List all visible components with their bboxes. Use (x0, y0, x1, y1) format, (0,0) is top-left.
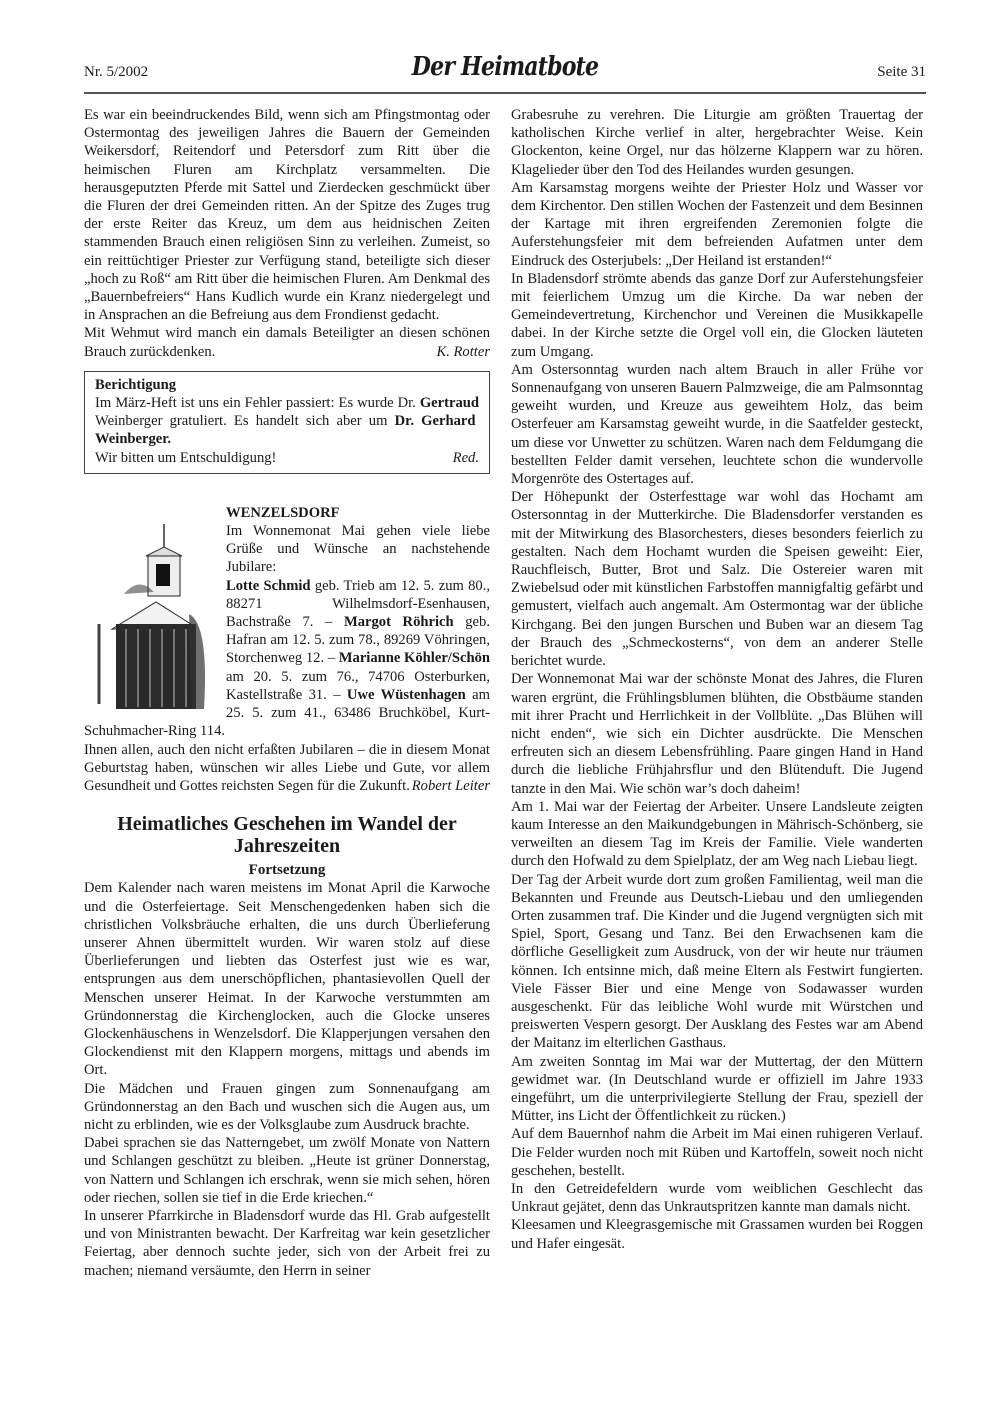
page-header: Nr. 5/2002 Der Heimatbote Seite 31 (84, 56, 926, 96)
article-paragraph: Am Karsamstag morgens weihte der Prieste… (511, 179, 923, 270)
left-column: Es war ein beeindruckendes Bild, wenn si… (84, 106, 490, 1280)
article-title: Heimatliches Geschehen im Wandel der Jah… (84, 813, 490, 857)
jubilee-closing: Ihnen allen, auch den nicht erfaßten Jub… (84, 741, 490, 796)
correction-box: Berichtigung Im März-Heft ist uns ein Fe… (84, 371, 490, 474)
issue-number: Nr. 5/2002 (84, 64, 148, 81)
author-signature: Robert Leiter (412, 777, 490, 795)
article-paragraph: Grabesruhe zu verehren. Die Liturgie am … (511, 106, 923, 179)
correction-title: Berichtigung (95, 376, 479, 394)
article-paragraph: Die Mädchen und Frauen gingen zum Sonnen… (84, 1080, 490, 1135)
article-paragraph: In Bladensdorf strömte abends das ganze … (511, 270, 923, 361)
intro-paragraph: Es war ein beeindruckendes Bild, wenn si… (84, 106, 490, 324)
article-paragraph: Dem Kalender nach waren meistens im Mona… (84, 879, 490, 1079)
section-heading: WENZELSDORF (226, 504, 490, 522)
right-column: Grabesruhe zu verehren. Die Liturgie am … (511, 106, 923, 1253)
author-signature: K. Rotter (436, 343, 490, 361)
article-paragraph: In unserer Pfarrkirche in Bladensdorf wu… (84, 1207, 490, 1280)
wenzelsdorf-section: WENZELSDORF Im Wonnemonat Mai gehen viel… (84, 504, 490, 795)
article-paragraph: In den Getreidefeldern wurde vom weiblic… (511, 1180, 923, 1216)
article-paragraph: Der Höhepunkt der Osterfesttage war wohl… (511, 488, 923, 670)
correction-signature: Red. (453, 449, 479, 467)
article-paragraph: Der Wonnemonat Mai war der schönste Mona… (511, 670, 923, 797)
article-subtitle: Fortsetzung (84, 861, 490, 879)
intro-closing: Mit Wehmut wird manch ein damals Beteili… (84, 324, 490, 360)
article-paragraph: Kleesamen und Kleegrasgemische mit Grass… (511, 1216, 923, 1252)
masthead-logo: Der Heimatbote (147, 52, 863, 82)
church-photo (84, 514, 214, 719)
header-divider (84, 92, 926, 94)
article-paragraph: Der Tag der Arbeit wurde dort zum großen… (511, 871, 923, 1053)
article-paragraph: Am 1. Mai war der Feiertag der Arbeiter.… (511, 798, 923, 871)
page-number: Seite 31 (877, 64, 926, 81)
article-paragraph: Dabei sprachen sie das Natterngebet, um … (84, 1134, 490, 1207)
article-paragraph: Auf dem Bauernhof nahm die Arbeit im Mai… (511, 1125, 923, 1180)
correction-text: Im März-Heft ist uns ein Fehler passiert… (95, 394, 479, 449)
article-paragraph: Am Ostersonntag wurden nach altem Brauch… (511, 361, 923, 488)
article-paragraph: Am zweiten Sonntag im Mai war der Mutter… (511, 1053, 923, 1126)
